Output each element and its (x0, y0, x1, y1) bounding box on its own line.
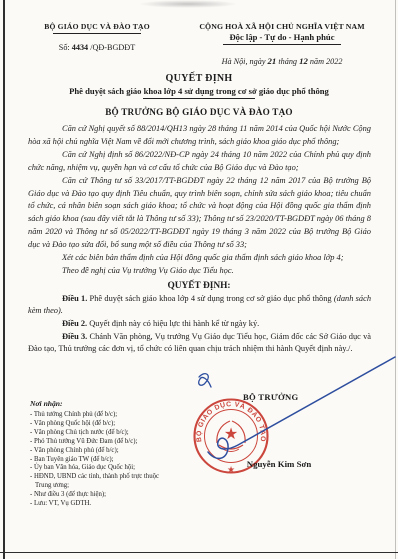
scan-artifact-smudge (138, 0, 238, 8)
preamble-paragraph: Xét các biên bản thẩm định của Hội đồng … (28, 252, 371, 265)
svg-text:★: ★ (224, 426, 238, 443)
issuing-org-name: BỘ GIÁO DỤC VÀ ĐÀO TẠO (12, 22, 182, 31)
dateline-month: 12 (299, 56, 308, 66)
recipient-item: - Văn phòng Quốc hội (để b/c); (30, 420, 160, 429)
document-number: Số: 4434 /QĐ-BGDĐT (12, 43, 182, 52)
document-header: BỘ GIÁO DỤC VÀ ĐÀO TẠO Số: 4434 /QĐ-BGDĐ… (0, 0, 398, 66)
decision-heading: QUYẾT ĐỊNH: (0, 281, 398, 291)
recipient-item: - Thủ tướng Chính phủ (để b/c); (30, 411, 160, 420)
national-motto-block: CỘNG HOÀ XÃ HỘI CHỦ NGHĨA VIỆT NAM Độc l… (182, 22, 382, 66)
title-block: QUYẾT ĐỊNH Phê duyệt sách giáo khoa lớp … (0, 73, 398, 118)
preamble-paragraph: Căn cứ Nghị định số 86/2022/NĐ-CP ngày 2… (28, 149, 371, 175)
issuing-org-block: BỘ GIÁO DỤC VÀ ĐÀO TẠO Số: 4434 /QĐ-BGDĐ… (12, 22, 182, 66)
document-number-suffix: /QĐ-BGDĐT (90, 43, 135, 52)
national-motto: Độc lập - Tự do - Hạnh phúc (182, 32, 382, 42)
article-1-text: Phê duyệt sách giáo khoa lớp 4 sử dụng t… (87, 294, 334, 303)
dateline-suffix: năm 2022 (308, 57, 343, 66)
preamble-paragraph: Căn cứ Nghị quyết số 88/2014/QH13 ngày 2… (28, 123, 371, 149)
document-number-value: 4434 (72, 43, 88, 52)
recipient-item: - Như điều 3 (để thực hiện); (30, 491, 160, 500)
recipient-item: - HĐND, UBND các tỉnh, thành phố trực th… (30, 473, 160, 491)
recipient-item: - Văn phòng Chính phủ (để b/c); (30, 447, 160, 456)
article-2-text: Quyết định này có hiệu lực thi hành kể t… (87, 319, 259, 328)
dateline-day: 21 (268, 56, 277, 66)
scanned-document-page: BỘ GIÁO DỤC VÀ ĐÀO TẠO Số: 4434 /QĐ-BGDĐ… (0, 0, 398, 559)
article-3-label: Điều 3. (62, 332, 87, 341)
national-title: CỘNG HOÀ XÃ HỘI CHỦ NGHĨA VIỆT NAM (182, 22, 382, 31)
recipient-item: - Phó Thủ tướng Vũ Đức Đam (để b/c); (30, 438, 160, 447)
document-number-label: Số: (59, 43, 70, 52)
document-type-heading: QUYẾT ĐỊNH (0, 73, 398, 84)
issuing-authority: BỘ TRƯỞNG BỘ GIÁO DỤC VÀ ĐÀO TẠO (0, 107, 398, 117)
scan-border-right (395, 0, 396, 559)
scan-border-bottom (0, 552, 398, 554)
preamble-section: Căn cứ Nghị quyết số 88/2014/QH13 ngày 2… (28, 123, 371, 278)
dateline-mid: tháng (276, 57, 299, 66)
articles-section: Điều 1. Phê duyệt sách giáo khoa lớp 4 s… (28, 293, 371, 356)
article-1-label: Điều 1. (62, 294, 87, 303)
signature-flourish-mark (199, 374, 211, 387)
article-1: Điều 1. Phê duyệt sách giáo khoa lớp 4 s… (28, 293, 371, 318)
article-2: Điều 2. Quyết định này có hiệu lực thi h… (28, 318, 371, 331)
article-2-label: Điều 2. (62, 319, 87, 328)
motto-underline (223, 44, 341, 45)
dateline-prefix: Hà Nội, ngày (222, 57, 268, 66)
national-emblem-icon: ★ (217, 421, 245, 452)
preamble-paragraph: Theo đề nghị của Vụ trưởng Vụ Giáo dục T… (28, 265, 371, 278)
article-3: Điều 3. Chánh Văn phòng, Vụ trưởng Vụ Gi… (28, 331, 371, 356)
document-subject: Phê duyệt sách giáo khoa lớp 4 sử dụng t… (0, 86, 398, 96)
subject-underline (143, 98, 255, 99)
preamble-paragraph: Căn cứ Thông tư số 33/2017/TT-BGDĐT ngày… (28, 175, 371, 252)
recipient-item: - Lưu: VT, Vụ GDTH. (30, 500, 160, 509)
place-dateline: Hà Nội, ngày 21 tháng 12 năm 2022 (182, 56, 382, 66)
recipient-item: - Văn phòng Chủ tịch nước (để b/c); (30, 429, 160, 438)
recipients-title: Nơi nhận: (30, 399, 160, 408)
signer-name: Nguyễn Kim Sơn (224, 459, 334, 469)
org-underline (53, 33, 141, 34)
recipients-block: Nơi nhận: - Thủ tướng Chính phủ (để b/c)… (30, 399, 160, 509)
scan-border-left (3, 0, 5, 559)
recipient-item: - Ủy ban Văn hóa, Giáo dục Quốc hội; (30, 464, 160, 473)
